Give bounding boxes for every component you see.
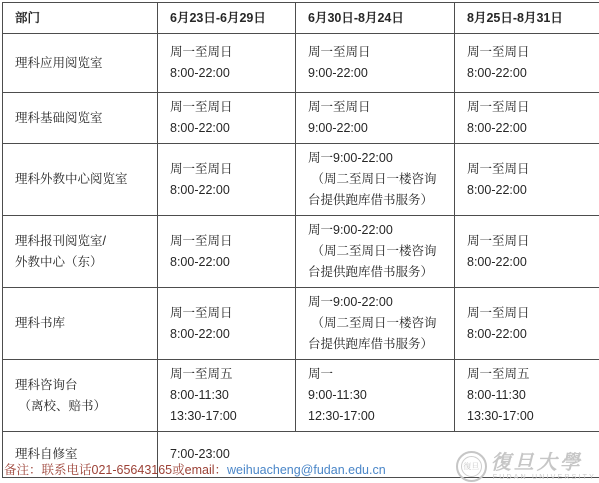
schedule-cell: 周一9:00-22:00 （周二至周日一楼咨询台提供跑库借书服务）	[296, 216, 455, 288]
footer-note: 备注：联系电话021-65643165或email：weihuacheng@fu…	[4, 461, 386, 479]
schedule-cell: 周一至周日 8:00-22:00	[455, 34, 599, 93]
page: 部门 6月23日-6月29日 6月30日-8月24日 8月25日-8月31日 理…	[0, 2, 599, 483]
schedule-cell: 周一9:00-22:00 （周二至周日一楼咨询台提供跑库借书服务）	[296, 144, 455, 216]
schedule-cell: 周一至周日 8:00-22:00	[158, 34, 296, 93]
table-row: 理科外教中心阅览室 周一至周日 8:00-22:00 周一9:00-22:00 …	[3, 144, 599, 216]
schedule-cell: 周一至周日 8:00-22:00	[455, 288, 599, 360]
dept-cell: 理科书库	[3, 288, 158, 360]
schedule-cell: 周一至周日 9:00-22:00	[296, 93, 455, 144]
dept-cell: 理科报刊阅览室/ 外教中心（东）	[3, 216, 158, 288]
schedule-table: 部门 6月23日-6月29日 6月30日-8月24日 8月25日-8月31日 理…	[2, 2, 599, 478]
dept-cell: 理科应用阅览室	[3, 34, 158, 93]
schedule-cell: 周一至周五 8:00-11:30 13:30-17:00	[455, 360, 599, 432]
schedule-cell: 周一至周日 8:00-22:00	[455, 216, 599, 288]
table-row: 理科咨询台 （离校、赔书） 周一至周五 8:00-11:30 13:30-17:…	[3, 360, 599, 432]
header-cell-period1: 6月23日-6月29日	[158, 3, 296, 34]
schedule-cell: 周一至周日 8:00-22:00	[158, 93, 296, 144]
table-row: 理科应用阅览室 周一至周日 8:00-22:00 周一至周日 9:00-22:0…	[3, 34, 599, 93]
dept-cell: 理科咨询台 （离校、赔书）	[3, 360, 158, 432]
schedule-cell: 周一 9:00-11:30 12:30-17:00	[296, 360, 455, 432]
dept-cell: 理科外教中心阅览室	[3, 144, 158, 216]
header-cell-period2: 6月30日-8月24日	[296, 3, 455, 34]
header-row: 部门 6月23日-6月29日 6月30日-8月24日 8月25日-8月31日	[3, 3, 599, 34]
table-row: 理科书库 周一至周日 8:00-22:00 周一9:00-22:00 （周二至周…	[3, 288, 599, 360]
schedule-cell: 周一至周日 8:00-22:00	[158, 216, 296, 288]
schedule-cell: 周一9:00-22:00 （周二至周日一楼咨询台提供跑库借书服务）	[296, 288, 455, 360]
header-cell-period3: 8月25日-8月31日	[455, 3, 599, 34]
fudan-logo: 復旦 復旦大學 FUDAN UNIVERSITY	[456, 451, 596, 482]
fudan-seal-icon: 復旦	[456, 451, 487, 482]
schedule-cell: 周一至周五 8:00-11:30 13:30-17:00	[158, 360, 296, 432]
fudan-logo-text: 復旦大學 FUDAN UNIVERSITY	[491, 451, 596, 482]
note-text: 备注：联系电话021-65643165或email：	[4, 463, 227, 477]
header-cell-dept: 部门	[3, 3, 158, 34]
table-row: 理科基础阅览室 周一至周日 8:00-22:00 周一至周日 9:00-22:0…	[3, 93, 599, 144]
dept-cell: 理科基础阅览室	[3, 93, 158, 144]
schedule-cell: 周一至周日 9:00-22:00	[296, 34, 455, 93]
schedule-cell: 周一至周日 8:00-22:00	[455, 144, 599, 216]
schedule-cell: 周一至周日 8:00-22:00	[158, 144, 296, 216]
schedule-cell: 周一至周日 8:00-22:00	[158, 288, 296, 360]
table-row: 理科报刊阅览室/ 外教中心（东） 周一至周日 8:00-22:00 周一9:00…	[3, 216, 599, 288]
fudan-logo-cn: 復旦大學	[491, 451, 583, 473]
email-link[interactable]: weihuacheng@fudan.edu.cn	[227, 463, 386, 477]
fudan-logo-en: FUDAN UNIVERSITY	[493, 473, 596, 482]
schedule-cell: 周一至周日 8:00-22:00	[455, 93, 599, 144]
fudan-seal-text: 復旦	[461, 456, 482, 477]
